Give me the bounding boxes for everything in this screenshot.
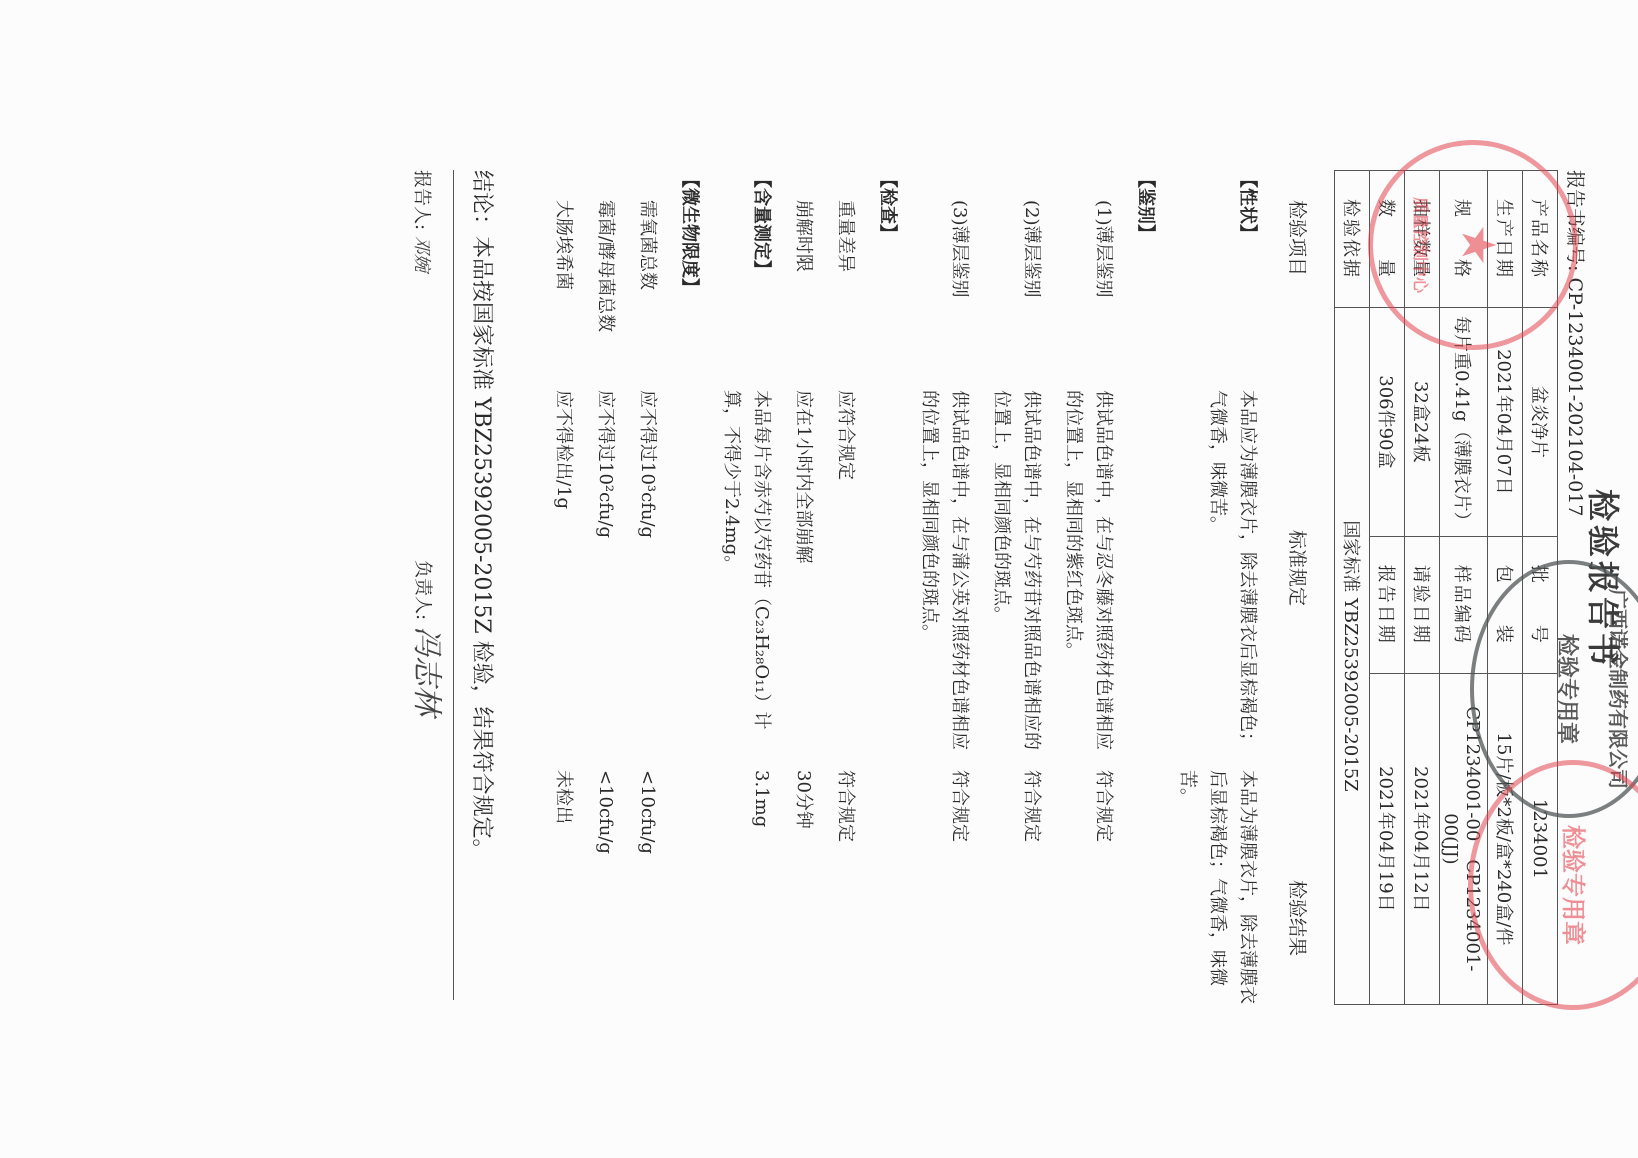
item-result: 未检出 (548, 770, 578, 1010)
info-value: 306件90盒 (1370, 308, 1405, 537)
supervisor: 负责人: 冯志林 (407, 560, 441, 716)
supervisor-label: 负责人: (412, 560, 433, 620)
reporter-label: 报告人: (411, 170, 432, 230)
item-standard: 应不得过10²cfu/g (590, 390, 620, 750)
info-value: 2021年04月07日 (1488, 308, 1523, 537)
info-label: 产品名称 (1523, 171, 1558, 308)
info-label: 报告日期 (1370, 536, 1405, 673)
product-info-block: 产品名称盆炎净片批 号1234001生产日期2021年04月07日包 装15片/… (1334, 170, 1558, 1005)
inspection-report-page: 广西诺金制药有限公司 检验报告书 报告书编号: CP-1234001-20210… (0, 0, 1638, 1158)
item-name: 【含量测定】 (746, 170, 776, 278)
conclusion-text: 结论：本品按国家标准 YBZ25392005-2015Z 检验，结果符合规定。 (466, 170, 496, 861)
info-label: 批 号 (1523, 536, 1558, 673)
info-value: 国家标准 YBZ25392005-2015Z (1335, 308, 1370, 1005)
reporter: 报告人: 邓婉 (406, 170, 436, 272)
info-value: CP1234001-00 CP1234001-00(JJ) (1440, 673, 1488, 1004)
item-name: 需氧菌总数 (632, 200, 662, 290)
item-standard: 供试品色谱中，在与忍冬藤对照药材色谱相应的位置上，显相同的紫红色斑点。 (1058, 390, 1118, 750)
item-result: 符合规定 (830, 770, 860, 1010)
item-name: 重量差异 (830, 200, 860, 272)
item-name: 大肠埃希菌 (548, 200, 578, 290)
info-value: 2021年04月19日 (1370, 673, 1405, 1004)
product-info-grid: 产品名称盆炎净片批 号1234001生产日期2021年04月07日包 装15片/… (1334, 170, 1558, 1005)
info-value: 每片重0.41g（薄膜衣片） (1440, 308, 1488, 537)
item-standard: 应不得过10³cfu/g (632, 390, 662, 750)
info-value: 32盒24板 (1405, 308, 1440, 537)
info-label: 规 格 (1440, 171, 1488, 308)
info-value: 15片/板*2板/盒*240盒/件 (1488, 673, 1523, 1004)
item-result: <10cfu/g (590, 770, 620, 1010)
item-standard: 供试品色谱中，在与芍药苷对照品色谱相应的位置上，显相同颜色的斑点。 (986, 390, 1046, 750)
item-name: 【鉴别】 (1130, 170, 1160, 242)
info-label: 生产日期 (1488, 171, 1523, 308)
item-name: (2)薄层鉴别 (1016, 200, 1046, 298)
scanned-document-frame: 广西诺金制药有限公司 检验报告书 报告书编号: CP-1234001-20210… (0, 0, 1638, 1158)
column-header-item: 检验项目 (1285, 200, 1312, 276)
item-standard: 供试品色谱中，在与蒲公英对照药材色谱相应的位置上，显相同颜色的斑点。 (914, 390, 974, 750)
item-standard: 本品每片含赤芍以芍药苷（C₂₃H₂₈O₁₁）计算，不得少于2.4mg。 (716, 390, 776, 750)
info-row: 抽样数量32盒24板请验日期2021年04月12日 (1405, 171, 1440, 1005)
info-label: 数 量 (1370, 171, 1405, 308)
info-label: 抽样数量 (1405, 171, 1440, 308)
info-label: 包 装 (1488, 536, 1523, 673)
item-standard: 应不得检出/1g (548, 390, 578, 750)
item-name: (1)薄层鉴别 (1088, 200, 1118, 298)
info-row: 数 量306件90盒报告日期2021年04月19日 (1370, 171, 1405, 1005)
item-result: 30分钟 (788, 770, 818, 1010)
report-number-value: CP-1234001-202104-017 (1564, 277, 1586, 516)
item-result: 符合规定 (1016, 770, 1046, 1010)
item-result: <10cfu/g (632, 770, 662, 1010)
item-name: 【微生物限度】 (674, 170, 704, 296)
signature-divider (453, 170, 454, 1000)
item-name: 【检查】 (872, 170, 902, 242)
info-row-basis: 检验依据国家标准 YBZ25392005-2015Z (1335, 171, 1370, 1005)
info-label: 检验依据 (1335, 171, 1370, 308)
info-label: 请验日期 (1405, 536, 1440, 673)
item-name: 霉菌/酵母菌总数 (590, 200, 620, 332)
column-header-standard: 标准规定 (1285, 530, 1312, 606)
report-number-label: 报告书编号: (1564, 170, 1586, 271)
info-row: 生产日期2021年04月07日包 装15片/板*2板/盒*240盒/件 (1488, 171, 1523, 1005)
item-name: 崩解时限 (788, 200, 818, 272)
supervisor-signature: 冯志林 (409, 626, 444, 716)
info-label: 样品编码 (1440, 536, 1488, 673)
reporter-signature: 邓婉 (411, 236, 432, 272)
info-value: 盆炎净片 (1523, 308, 1558, 537)
info-row: 规 格每片重0.41g（薄膜衣片）样品编码CP1234001-00 CP1234… (1440, 171, 1488, 1005)
item-name: 【性状】 (1232, 170, 1262, 242)
item-name: (3)薄层鉴别 (944, 200, 974, 298)
info-value: 2021年04月12日 (1405, 673, 1440, 1004)
item-result: 3.1mg (746, 770, 776, 1010)
item-result: 符合规定 (1088, 770, 1118, 1010)
info-value: 1234001 (1523, 673, 1558, 1004)
item-result: 符合规定 (944, 770, 974, 1010)
item-result: 本品为薄膜衣片，除去薄膜衣后显棕褐色；气微香，味微苦。 (1172, 770, 1262, 1010)
column-header-result: 检验结果 (1285, 880, 1312, 956)
info-row: 产品名称盆炎净片批 号1234001 (1523, 171, 1558, 1005)
item-standard: 应符合规定 (830, 390, 860, 750)
report-number: 报告书编号: CP-1234001-202104-017 (1563, 170, 1590, 516)
item-standard: 本品应为薄膜衣片，除去薄膜衣后显棕褐色；气微香，味微苦。 (1202, 390, 1262, 750)
item-standard: 应在1小时内全部崩解 (788, 390, 818, 750)
